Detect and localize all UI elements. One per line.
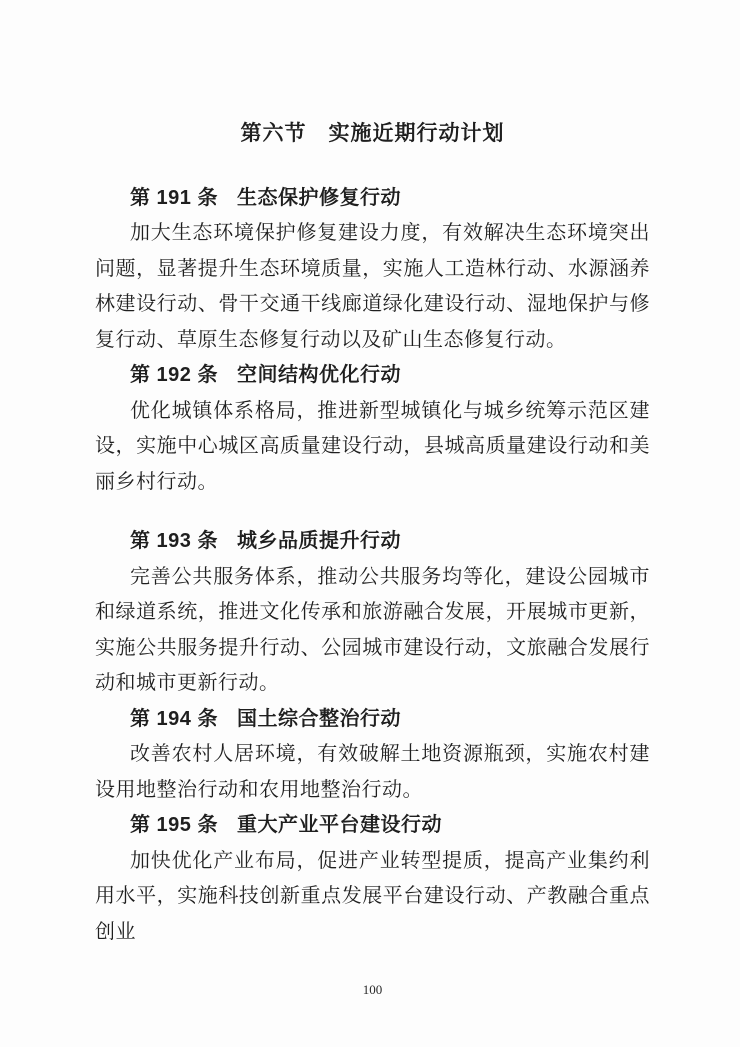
- article-194: 第 194 条国土综合整治行动 改善农村人居环境，有效破解土地资源瓶颈，实施农村…: [95, 702, 650, 809]
- article-number: 第 194 条: [130, 708, 218, 730]
- article-heading: 第 193 条城乡品质提升行动: [95, 524, 650, 560]
- article-number: 第 191 条: [130, 187, 218, 209]
- article-body: 改善农村人居环境，有效破解土地资源瓶颈，实施农村建设用地整治行动和农用地整治行动…: [95, 737, 650, 808]
- article-192: 第 192 条空间结构优化行动 优化城镇体系格局，推进新型城镇化与城乡统筹示范区…: [95, 358, 650, 500]
- article-193: 第 193 条城乡品质提升行动 完善公共服务体系，推动公共服务均等化，建设公园城…: [95, 524, 650, 702]
- article-title: 国土综合整治行动: [237, 708, 401, 730]
- article-body: 优化城镇体系格局，推进新型城镇化与城乡统筹示范区建设，实施中心城区高质量建设行动…: [95, 394, 650, 501]
- article-heading: 第 192 条空间结构优化行动: [95, 358, 650, 394]
- page-number: 100: [95, 980, 650, 1000]
- article-number: 第 193 条: [130, 530, 218, 552]
- document-page: 第六节 实施近期行动计划 第 191 条生态保护修复行动 加大生态环境保护修复建…: [0, 0, 740, 1047]
- article-body: 加快优化产业布局，促进产业转型提质，提高产业集约利用水平，实施科技创新重点发展平…: [95, 844, 650, 951]
- article-body: 加大生态环境保护修复建设力度，有效解决生态环境突出问题，显著提升生态环境质量，实…: [95, 216, 650, 358]
- article-191: 第 191 条生态保护修复行动 加大生态环境保护修复建设力度，有效解决生态环境突…: [95, 181, 650, 359]
- article-title: 空间结构优化行动: [237, 364, 401, 386]
- article-heading: 第 195 条重大产业平台建设行动: [95, 808, 650, 844]
- article-heading: 第 191 条生态保护修复行动: [95, 181, 650, 217]
- article-number: 第 192 条: [130, 364, 218, 386]
- article-title: 重大产业平台建设行动: [237, 814, 442, 836]
- section-title: 第六节 实施近期行动计划: [95, 116, 650, 152]
- article-number: 第 195 条: [130, 814, 218, 836]
- article-body: 完善公共服务体系，推动公共服务均等化，建设公园城市和绿道系统，推进文化传承和旅游…: [95, 560, 650, 702]
- article-heading: 第 194 条国土综合整治行动: [95, 702, 650, 738]
- article-title: 生态保护修复行动: [237, 187, 401, 209]
- article-title: 城乡品质提升行动: [237, 530, 401, 552]
- article-195: 第 195 条重大产业平台建设行动 加快优化产业布局，促进产业转型提质，提高产业…: [95, 808, 650, 950]
